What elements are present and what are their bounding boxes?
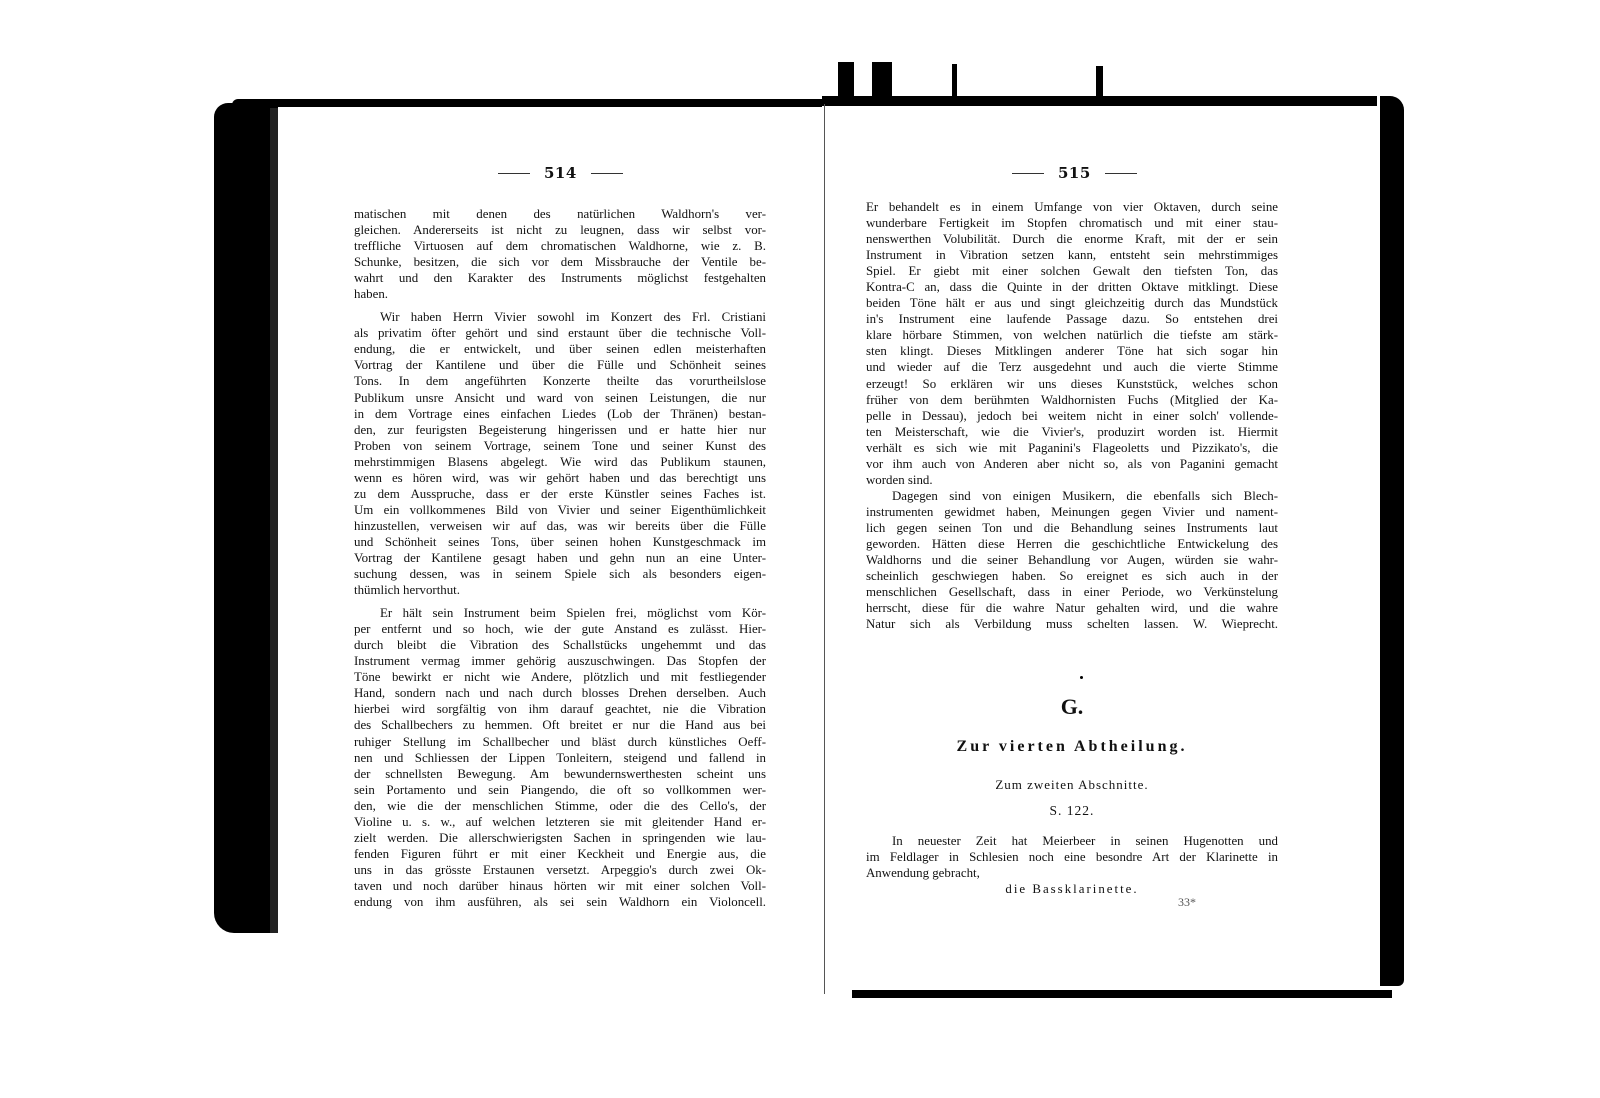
text-line: pelle in Dessau), jedoch bei weitem nich… bbox=[866, 408, 1278, 424]
paragraph: matischen mit denen des natürlichen Wald… bbox=[354, 206, 766, 302]
text-line: Schunke, besitzen, die sich vor dem Miss… bbox=[354, 254, 766, 270]
text-line: Violine u. s. w., auf welchen letzteren … bbox=[354, 814, 766, 830]
text-line: ruhiger Stellung im Schallbecher und blä… bbox=[354, 734, 766, 750]
text-line: taven und noch darüber hinaus hörten wir… bbox=[354, 878, 766, 894]
paragraph: Dagegen sind von einigen Musikern, die e… bbox=[866, 488, 1278, 632]
ink-speck bbox=[1080, 676, 1083, 679]
text-line: ten Meisterschaft, wie die Vivier's, pro… bbox=[866, 424, 1278, 440]
text-line: Töne bewirkt er nicht wie Andere, plötzl… bbox=[354, 669, 766, 685]
folio-rule bbox=[591, 173, 623, 174]
right-page-number: 515 bbox=[1012, 164, 1137, 182]
text-line: Natur sich als Verbildung muss schelten … bbox=[866, 616, 1278, 632]
text-line: klare hörbare Stimmen, von welchen natür… bbox=[866, 327, 1278, 343]
text-line: und wieder auf die Terz ausgedehnt und a… bbox=[866, 359, 1278, 375]
text-line: nenswerthen Volubilität. Durch die enorm… bbox=[866, 231, 1278, 247]
text-line: zu dem Ausspruche, dass er der erste Kün… bbox=[354, 486, 766, 502]
text-line: scheinlich geschwiegen haben. So ereigne… bbox=[866, 568, 1278, 584]
paragraph: Wir haben Herrn Vivier sowohl im Konzert… bbox=[354, 309, 766, 598]
text-line: herrscht, diese für die wahre Natur geha… bbox=[866, 600, 1278, 616]
scan-clip-mark bbox=[838, 62, 854, 100]
text-line: der schnellsten Bewegung. Am bewundernsw… bbox=[354, 766, 766, 782]
text-line: Wir haben Herrn Vivier sowohl im Konzert… bbox=[354, 309, 766, 325]
right-cover-edge bbox=[1380, 96, 1404, 986]
text-line: durch bleibt die Vibration des Schallstü… bbox=[354, 637, 766, 653]
scan-clip-mark bbox=[1096, 66, 1103, 98]
text-line: Proben von seinem Vortrage, seinem Tone … bbox=[354, 438, 766, 454]
text-line: verhält es sich wie mit Paganini's Flage… bbox=[866, 440, 1278, 456]
text-line: hinzustellen, verweisen wir auf das, was… bbox=[354, 518, 766, 534]
text-line: thümlich hervorthut. bbox=[354, 582, 766, 598]
left-page-body: matischen mit denen des natürlichen Wald… bbox=[354, 206, 766, 910]
top-edge-left bbox=[232, 99, 822, 107]
text-line: Hand, sondern nach und nach durch blosse… bbox=[354, 685, 766, 701]
text-line: menschlichen Gesellschaft, dass in einer… bbox=[866, 584, 1278, 600]
text-line: den, wie die der menschlichen Stimme, od… bbox=[354, 798, 766, 814]
text-line: früher von dem berühmten Waldhornisten F… bbox=[866, 392, 1278, 408]
centered-term: die Bassklarinette. bbox=[866, 881, 1278, 897]
text-line: instrumenten gewidmet haben, Meinungen g… bbox=[866, 504, 1278, 520]
text-line: worden sind. bbox=[866, 472, 1278, 488]
scan-clip-mark bbox=[872, 62, 892, 100]
appendix-title: Zur vierten Abtheilung. bbox=[866, 738, 1278, 756]
text-line: in dem Vortrage eines einfachen Liedes (… bbox=[354, 406, 766, 422]
text-line: sein Portamento und sein Piangendo, die … bbox=[354, 782, 766, 798]
text-line: lich gegen seinen Ton und die Behandlung… bbox=[866, 520, 1278, 536]
text-line: Er behandelt es in einem Umfange von vie… bbox=[866, 199, 1278, 215]
text-line: endung von ihm ausführen, als sei sein W… bbox=[354, 894, 766, 910]
text-line: Spiel. Er giebt mit einer solchen Gewalt… bbox=[866, 263, 1278, 279]
paragraph: Er hält sein Instrument beim Spielen fre… bbox=[354, 605, 766, 910]
text-line: erzeugt! So erklären wir uns dieses Kuns… bbox=[866, 376, 1278, 392]
book-scan: 514 515 matischen mit denen des natürlic… bbox=[0, 0, 1600, 1098]
text-line: per entfernt und so hoch, wie der gute A… bbox=[354, 621, 766, 637]
text-line: vor ihm auch von Anderen aber nicht so, … bbox=[866, 456, 1278, 472]
text-line: geworden. Hätten diese Herren die geschi… bbox=[866, 536, 1278, 552]
text-line: Dagegen sind von einigen Musikern, die e… bbox=[866, 488, 1278, 504]
text-line: als privatim öfter gehört und sind ersta… bbox=[354, 325, 766, 341]
text-line: treffliche Virtuosen auf dem chromatisch… bbox=[354, 238, 766, 254]
text-line: fenden Figuren führt er mit einer Keckhe… bbox=[354, 846, 766, 862]
page-number-text: 514 bbox=[544, 164, 577, 182]
text-line: hierbei wird sorgfältig von ihm darauf g… bbox=[354, 701, 766, 717]
bottom-edge-right bbox=[852, 990, 1392, 998]
text-line: Vortrag der Kantilene gesagt haben und g… bbox=[354, 550, 766, 566]
text-line: Publikum unsre Ansicht und ward von sein… bbox=[354, 390, 766, 406]
book-gutter bbox=[824, 104, 825, 994]
text-line: sten klingt. Dieses Mitklingen anderer T… bbox=[866, 343, 1278, 359]
text-line: den, zur feurigsten Begeisterung hingeri… bbox=[354, 422, 766, 438]
folio-rule bbox=[498, 173, 530, 174]
left-page-stack bbox=[270, 108, 278, 933]
text-line: uns in das grösste Erstaunen versetzt. A… bbox=[354, 862, 766, 878]
text-line: des Schallbechers zu hemmen. Oft breitet… bbox=[354, 717, 766, 733]
text-line: Waldhorns und die seiner Behandlung vor … bbox=[866, 552, 1278, 568]
text-line: nen und Schliessen der Lippen Tonleitern… bbox=[354, 750, 766, 766]
appendix-letter: G. bbox=[866, 694, 1278, 720]
text-line: gleichen. Andererseits ist nicht zu leug… bbox=[354, 222, 766, 238]
appendix-page-reference: S. 122. bbox=[866, 803, 1278, 819]
scan-clip-mark bbox=[952, 64, 957, 98]
text-line: zielt werden. Die allerschwierigsten Sac… bbox=[354, 830, 766, 846]
text-line: im Feldlager in Schlesien noch eine beso… bbox=[866, 849, 1278, 865]
text-line: mehrstimmigen Blasens abgelegt. Wie wird… bbox=[354, 454, 766, 470]
text-line: beiden Töne hält er aus und singt gleich… bbox=[866, 295, 1278, 311]
text-line: In neuester Zeit hat Meierbeer in seinen… bbox=[866, 833, 1278, 849]
text-line: Vortrag der Kantilene und über die Fülle… bbox=[354, 357, 766, 373]
printer-signature-mark: 33* bbox=[1178, 895, 1196, 910]
text-line: matischen mit denen des natürlichen Wald… bbox=[354, 206, 766, 222]
appendix-subtitle: Zum zweiten Abschnitte. bbox=[866, 777, 1278, 793]
left-page-number: 514 bbox=[498, 164, 623, 182]
paragraph: Er behandelt es in einem Umfange von vie… bbox=[866, 199, 1278, 488]
appendix-body: In neuester Zeit hat Meierbeer in seinen… bbox=[866, 833, 1278, 897]
text-line: wunderbare Fertigkeit im Stopfen chromat… bbox=[866, 215, 1278, 231]
text-line: und Schönheit seines Tons, über seinen h… bbox=[354, 534, 766, 550]
text-line: Kontra-C an, dass die Quinte in der drit… bbox=[866, 279, 1278, 295]
text-line: Anwendung gebracht, bbox=[866, 865, 1278, 881]
folio-rule bbox=[1105, 173, 1137, 174]
text-line: suchung dessen, was in seinem Spiele sic… bbox=[354, 566, 766, 582]
folio-rule bbox=[1012, 173, 1044, 174]
text-line: Er hält sein Instrument beim Spielen fre… bbox=[354, 605, 766, 621]
text-line: Tons. In dem angeführten Konzerte theilt… bbox=[354, 373, 766, 389]
left-cover-edge bbox=[214, 103, 278, 933]
text-line: Instrument vermag immer gehörig auszusch… bbox=[354, 653, 766, 669]
text-line: haben. bbox=[354, 286, 766, 302]
text-line: Um ein vollkommenes Bild von Vivier und … bbox=[354, 502, 766, 518]
text-line: endung, die er entwickelt, und über sein… bbox=[354, 341, 766, 357]
text-line: in's Instrument eine laufende Passage da… bbox=[866, 311, 1278, 327]
page-number-text: 515 bbox=[1058, 164, 1091, 182]
right-page-body: Er behandelt es in einem Umfange von vie… bbox=[866, 199, 1278, 632]
text-line: Instrument in Vibration setzen kann, ent… bbox=[866, 247, 1278, 263]
text-line: wenn es hören wird, was wir gehört haben… bbox=[354, 470, 766, 486]
text-line: wahrt und den Karakter des Instruments m… bbox=[354, 270, 766, 286]
